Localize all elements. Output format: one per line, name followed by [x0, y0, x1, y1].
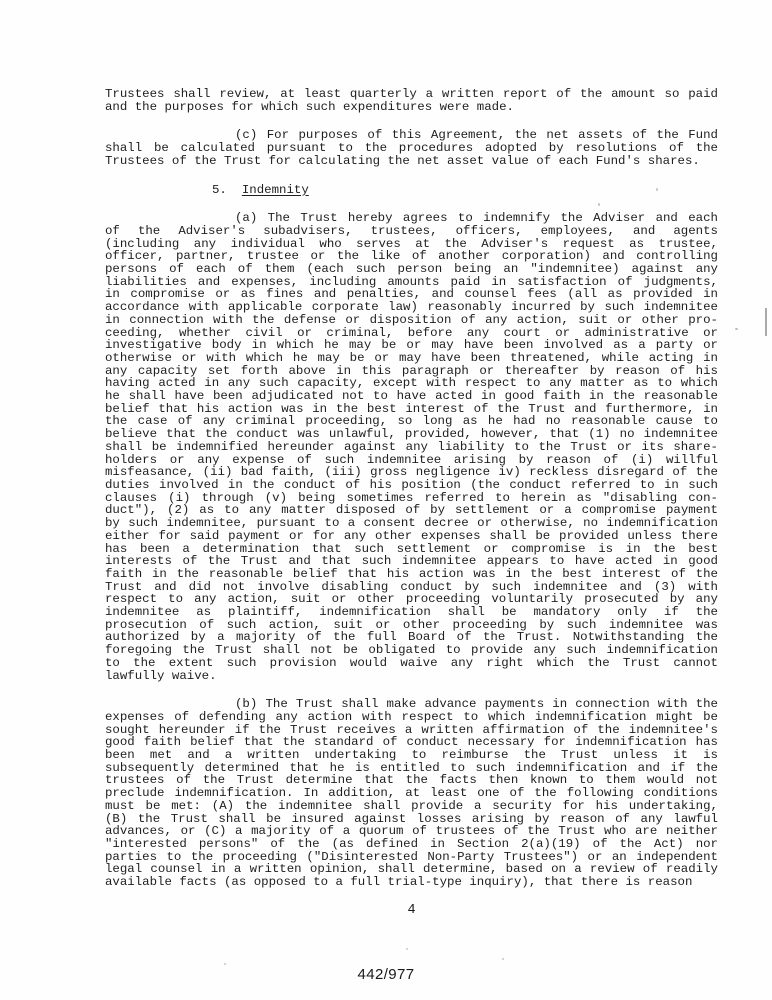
text-line: indemnitee as plaintiff, indemnification… [105, 606, 718, 619]
scan-speck [656, 188, 658, 191]
section-title: Indemnity [242, 183, 309, 197]
text-line: he shall have been adjudicated not to ha… [105, 390, 718, 403]
text-line: Trustees shall review, at least quarterl… [105, 88, 718, 101]
text-line: persons of each of them (each such perso… [105, 263, 718, 276]
section-number: 5. [212, 183, 227, 197]
text-line: accordance with applicable corporate law… [105, 301, 718, 314]
text-line: of the Adviser's subadvisers, trustees, … [105, 225, 718, 238]
scan-speck [224, 963, 226, 965]
scan-speck [406, 948, 408, 950]
text-line: lawfully waive. [105, 670, 718, 683]
paragraph: Trustees shall review, at least quarterl… [105, 88, 718, 113]
section-heading: 5.Indemnity [105, 184, 718, 197]
text-line: either for said payment or for any other… [105, 530, 718, 543]
text-line: must be met: (A) the indemnitee shall pr… [105, 800, 718, 813]
text-line: been met and a written undertaking to re… [105, 749, 718, 762]
text-line: Trustees of the Trust for calculating th… [105, 155, 718, 168]
text-line: faith in the reasonable belief that his … [105, 568, 718, 581]
text-line: expenses of defending any action with re… [105, 711, 718, 724]
paragraph: (c) For purposes of this Agreement, the … [105, 129, 718, 167]
document-text-block: Trustees shall review, at least quarterl… [105, 88, 718, 917]
text-line: duties involved in the conduct of his po… [105, 479, 718, 492]
text-line: shall be indemnified hereunder against a… [105, 441, 718, 454]
text-line: foregoing the Trust shall not be obligat… [105, 644, 718, 657]
document-body: Trustees shall review, at least quarterl… [105, 88, 718, 889]
scan-speck [502, 958, 504, 960]
paragraph: (b) The Trust shall make advance payment… [105, 698, 718, 889]
scan-speck [598, 203, 600, 206]
text-line: believe that the conduct was unlawful, p… [105, 428, 718, 441]
paragraph: (a) The Trust hereby agrees to indemnify… [105, 212, 718, 682]
footer-counter: 442/977 [0, 966, 772, 983]
text-line: "interested persons" of the (as defined … [105, 838, 718, 851]
text-line: otherwise or with which he may be or may… [105, 352, 718, 365]
scanned-page: Trustees shall review, at least quarterl… [0, 0, 772, 1000]
text-line: and the purposes for which such expendit… [105, 101, 718, 114]
scan-speck [735, 328, 738, 330]
page-number: 4 [105, 905, 718, 918]
text-line: by such indemnitee, pursuant to a consen… [105, 517, 718, 530]
text-line: to the extent such provision would waive… [105, 657, 718, 670]
text-line: in connection with the defense or dispos… [105, 314, 718, 327]
text-line: available facts (as opposed to a full tr… [105, 876, 718, 889]
text-line: preclude indemnification. In addition, a… [105, 787, 718, 800]
text-line: shall be calculated pursuant to the proc… [105, 142, 718, 155]
text-line: interests of the Trust and that such ind… [105, 555, 718, 568]
scan-artifact-line [765, 308, 767, 336]
